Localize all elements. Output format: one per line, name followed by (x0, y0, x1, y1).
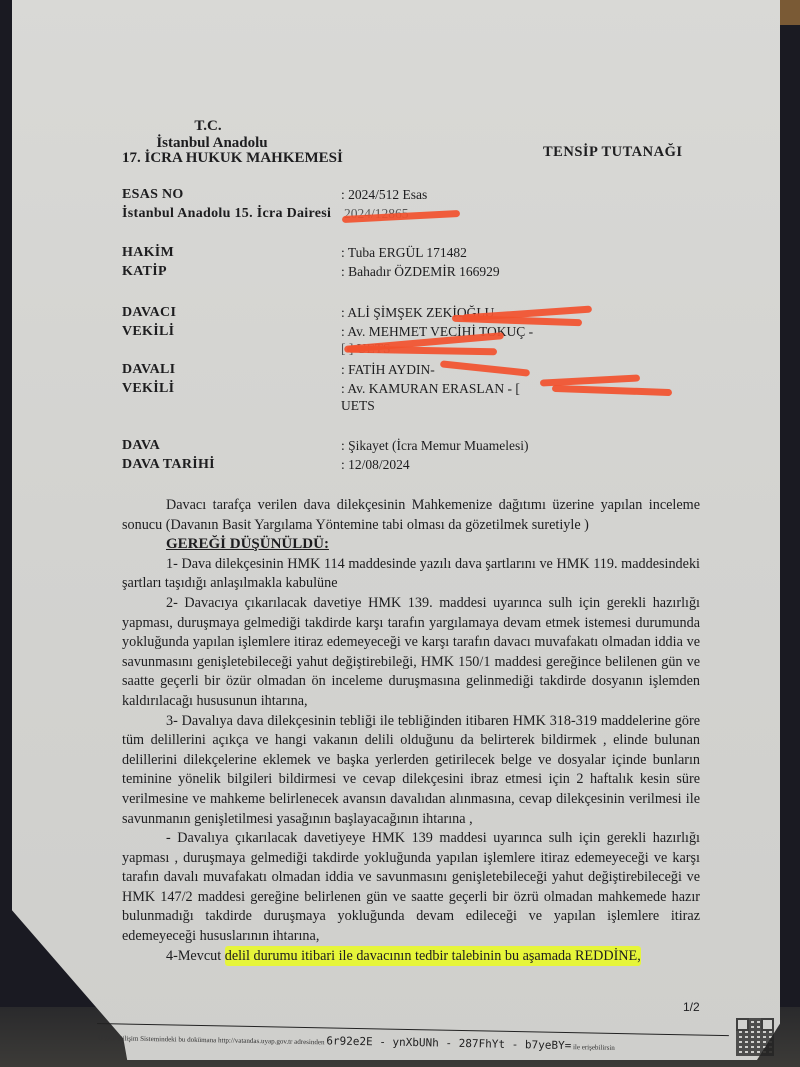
qr-code-icon (736, 1018, 774, 1056)
item-2: 2- Davacıya çıkarılacak davetiye HMK 139… (122, 594, 700, 712)
field-label: VEKİLİ (122, 324, 174, 340)
header-tc: T.C. (183, 118, 233, 135)
footer-text-before: UYAP Bilişim Sistemindeki bu dokümana ht… (98, 1034, 326, 1046)
field-value: : Şikayet (İcra Memur Muamelesi) (341, 438, 528, 454)
page-number: 1/2 (683, 1000, 700, 1014)
field-label: ESAS NO (122, 187, 184, 203)
field-value: UETS (341, 398, 375, 414)
verification-code: 6r92e2E - ynXbUNh - 287FhYt - b7yeBY= (326, 1034, 571, 1052)
field-label: İstanbul Anadolu 15. İcra Dairesi (122, 206, 331, 222)
field-label: VEKİLİ (122, 381, 174, 397)
field-label: KATİP (122, 264, 167, 280)
item-3: 3- Davalıya dava dilekçesinin tebliği il… (122, 712, 700, 830)
field-value: : Bahadır ÖZDEMİR 166929 (341, 264, 500, 280)
document-title: TENSİP TUTANAĞI (543, 144, 683, 161)
item-4-prefix: 4-Mevcut (166, 948, 225, 964)
field-label: DAVALI (122, 362, 175, 378)
highlighted-text: delil durumu itibari ile davacının tedbi… (225, 946, 641, 966)
field-value: : Tuba ERGÜL 171482 (341, 245, 467, 261)
decision-heading: GEREĞİ DÜŞÜNÜLDÜ: (166, 536, 329, 552)
item-1: 1- Dava dilekçesinin HMK 114 maddesinde … (122, 555, 700, 594)
item-3b: - Davalıya çıkarılacak davetiyeye HMK 13… (122, 829, 700, 947)
redaction-mark (440, 360, 530, 376)
field-value: : Av. KAMURAN ERASLAN - [ (341, 381, 520, 397)
field-value: : 2024/512 Esas (341, 187, 427, 203)
field-label: DAVACI (122, 305, 176, 321)
field-label: DAVA (122, 438, 160, 454)
intro-paragraph: Davacı tarafça verilen dava dilekçesinin… (122, 496, 700, 535)
field-value: : FATİH AYDIN- (341, 362, 435, 378)
field-label: HAKİM (122, 245, 174, 261)
field-label: DAVA TARİHİ (122, 457, 215, 473)
document-body: Davacı tarafça verilen dava dilekçesinin… (122, 496, 700, 966)
field-value: : 12/08/2024 (341, 457, 410, 473)
document-content: T.C. İstanbul Anadolu 17. İCRA HUKUK MAH… (0, 0, 800, 1067)
item-4: 4-Mevcut delil durumu itibari ile davacı… (122, 947, 700, 967)
footer-text-after: ile erişebilirsin (571, 1043, 615, 1052)
header-court: 17. İCRA HUKUK MAHKEMESİ (122, 150, 343, 167)
redaction-mark (552, 385, 672, 396)
